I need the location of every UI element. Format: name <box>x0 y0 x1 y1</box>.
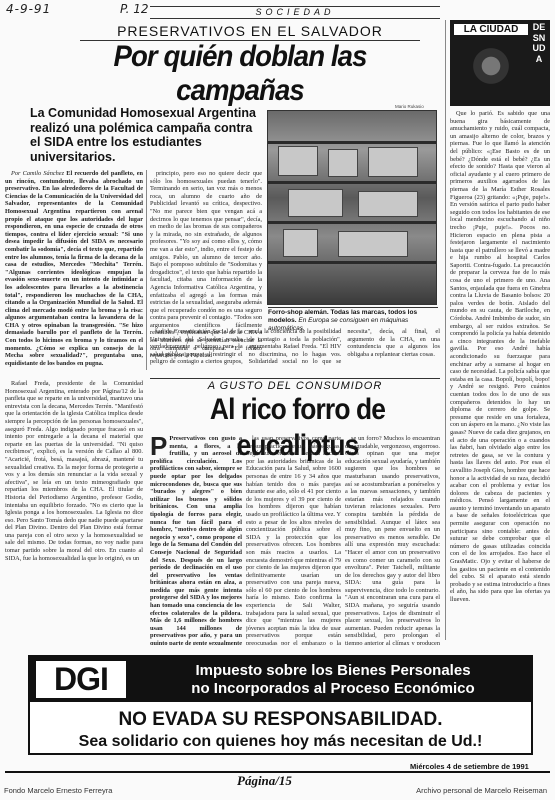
ad-banner-line-1: Impuesto sobre los Bienes Personales <box>138 662 528 680</box>
box-title: LA CIUDAD <box>454 24 528 35</box>
article2-col1-text: Preservativos con gusto a menta, a flore… <box>150 435 242 645</box>
sidebar-text: Que lo parió. Es sabido que una buena gi… <box>450 110 550 604</box>
page-number: Página/15 <box>237 773 292 789</box>
article1-column-1: Por Camilo Sánchez El recuerdo del panfl… <box>5 170 143 380</box>
dropcap: P <box>150 435 167 457</box>
article1-headline: Por quién doblan las campañas <box>56 40 424 108</box>
article2-col2-text: las usan preservativos como parte de sus… <box>246 435 341 645</box>
article1-column-3: tad de Comunicación Social de la Univers… <box>150 328 440 373</box>
column-divider <box>146 170 147 370</box>
newspaper-page: 4-9-91 P. 12 SOCIEDAD PRESERVATIVOS EN E… <box>0 0 555 800</box>
archive-credit-right: Archivo personal de Marcelo Reiseman <box>416 786 547 795</box>
box-illustration <box>456 42 526 102</box>
ad-slogan-2: Sea solidario con quienes hoy más necesi… <box>30 732 531 752</box>
sidebar-column: Que lo parió. Es sabido que una buena gi… <box>450 110 550 645</box>
condom-shop-photo <box>267 110 437 305</box>
article1-col1b-text: Rafael Freda, presidente de la Comunidad… <box>5 380 143 562</box>
byline: Por Camilo Sánchez <box>11 170 64 177</box>
handwritten-date: 4-9-91 <box>6 2 51 16</box>
ad-banner: DGI Impuesto sobre los Bienes Personales… <box>30 657 531 702</box>
article1-deck: La Comunidad Homosexual Argentina realiz… <box>30 106 260 164</box>
ad-banner-text: Impuesto sobre los Bienes Personales no … <box>138 662 528 698</box>
article1-kicker: PRESERVATIVOS EN EL SALVADOR <box>80 22 420 41</box>
photo-credit: Mario Rukasio <box>395 104 424 109</box>
section-label: SOCIEDAD <box>150 6 440 19</box>
issue-date: Miércoles 4 de setiembre de 1991 <box>410 762 529 771</box>
article2-kicker: A GUSTO DEL CONSUMIDOR <box>150 378 440 393</box>
ad-slogan-1: NO EVADA SU RESPONSABILIDAD. <box>30 709 531 731</box>
article2-column-1: PPreservativos con gusto a menta, a flor… <box>150 435 242 645</box>
article2-col3-text: se un forro? Muchos lo encuentran desagr… <box>345 435 440 645</box>
article1-col1-text: El recuerdo del panfleto, en un rincón, … <box>5 170 143 367</box>
dgi-logo: DGI <box>36 661 126 698</box>
sidebar-divider <box>445 20 446 640</box>
ad-banner-line-2: no Incorporados al Proceso Económico <box>138 680 528 698</box>
dgi-advertisement: DGI Impuesto sobre los Bienes Personales… <box>28 655 533 755</box>
archive-credit-left: Fondo Marcelo Ernesto Ferreyra <box>4 786 112 795</box>
article2-column-3: se un forro? Muchos lo encuentran desagr… <box>345 435 440 645</box>
article1-col3-text: tad de Comunicación Social de la Univers… <box>150 328 440 366</box>
article1-column-1b: Rafael Freda, presidente de la Comunidad… <box>5 380 143 645</box>
la-ciudad-desnuda-box: LA CIUDAD DESNUDA <box>450 20 550 106</box>
handwritten-page-ref: P. 12 <box>120 2 148 16</box>
box-vertical-title: DESNUDA <box>532 22 546 64</box>
article2-column-2: las usan preservativos como parte de sus… <box>246 435 341 645</box>
